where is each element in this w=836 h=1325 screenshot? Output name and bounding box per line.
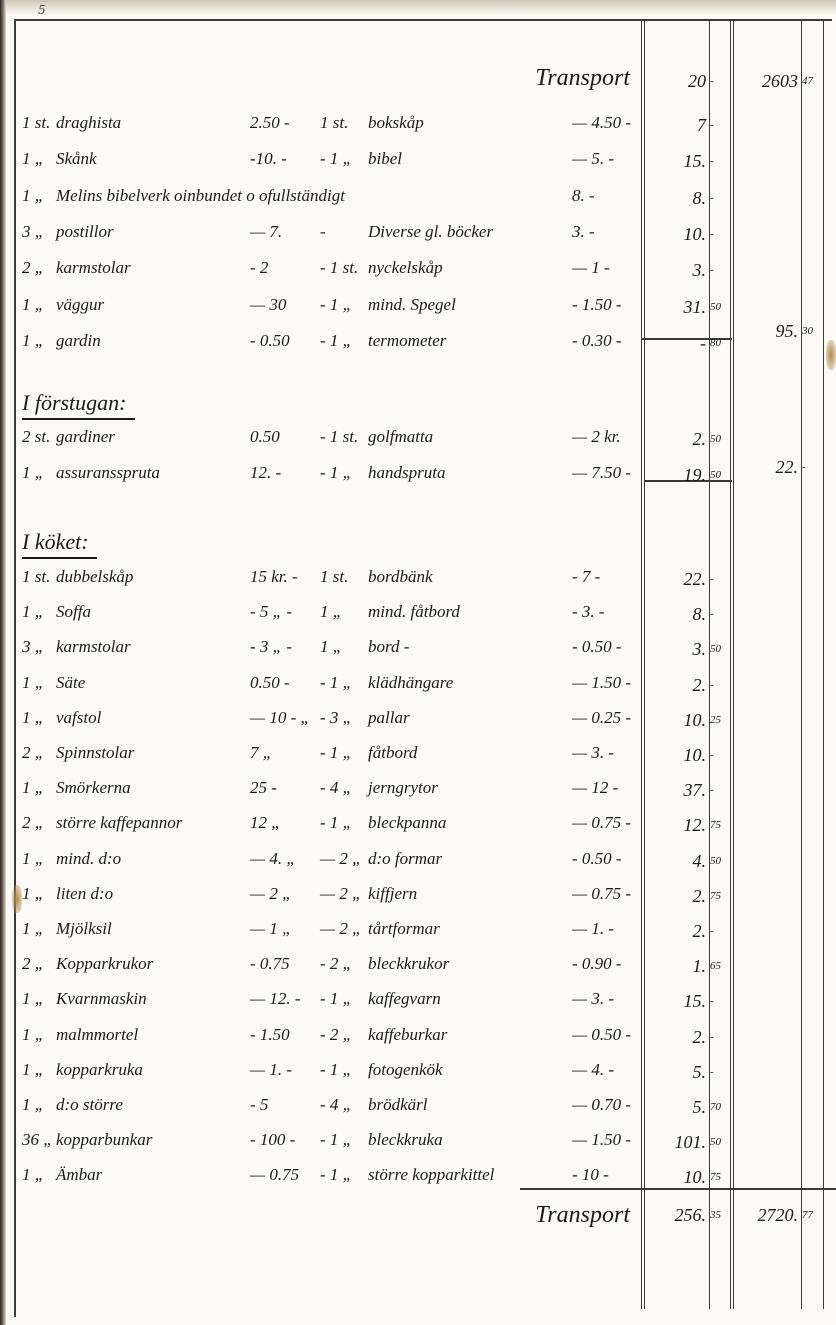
row-amount-ore: 50 bbox=[710, 292, 732, 322]
row-amount-kr: 12. bbox=[646, 810, 706, 840]
row-item-2: bokskåp bbox=[368, 108, 424, 138]
row-amount-kr: 7 bbox=[646, 110, 706, 140]
row-price: — 1. - bbox=[250, 1055, 292, 1085]
row-item: Spinnstolar bbox=[56, 738, 134, 768]
row-quantity: 2 „ bbox=[22, 738, 48, 768]
row-item: Soffa bbox=[56, 597, 91, 627]
row-amount-kr: 5. bbox=[646, 1057, 706, 1087]
row-price: - 3 „ - bbox=[250, 632, 292, 662]
row-amount-ore: 50 bbox=[710, 846, 732, 876]
section-heading-forstugan: I förstugan: bbox=[22, 388, 135, 420]
row-price-2: - 0.90 - bbox=[572, 949, 622, 979]
row-price: 15 kr. - bbox=[250, 562, 298, 592]
transport-in-label: Transport bbox=[470, 63, 630, 93]
row-quantity: 1 „ bbox=[22, 181, 48, 211]
row-quantity: 2 „ bbox=[22, 253, 48, 283]
row-item-2: fåtbord bbox=[368, 738, 417, 768]
row-price-2: — 0.25 - bbox=[572, 703, 631, 733]
row-price-2: — 12 - bbox=[572, 773, 618, 803]
row-price: 0.50 bbox=[250, 422, 280, 452]
row-item: dubbelskåp bbox=[56, 562, 133, 592]
row-quantity-2: - 2 „ bbox=[320, 1020, 352, 1050]
row-item: malmmortel bbox=[56, 1020, 138, 1050]
row-quantity: 3 „ bbox=[22, 632, 48, 662]
row-quantity: 1 „ bbox=[22, 668, 48, 698]
transport-in-col1-kr: 20 bbox=[646, 66, 706, 96]
transport-out-col1-kr: 256. bbox=[646, 1200, 706, 1230]
row-quantity: 1 „ bbox=[22, 984, 48, 1014]
row-price-2: — 0.75 - bbox=[572, 808, 631, 838]
row-quantity-2: - 1 st. bbox=[320, 253, 358, 283]
row-quantity-2: - 1 „ bbox=[320, 738, 352, 768]
row-amount-kr: 37. bbox=[646, 775, 706, 805]
row-price-2: — 7.50 - bbox=[572, 458, 631, 488]
row-amount-ore: 50 bbox=[710, 460, 732, 490]
row-price: - 5 bbox=[250, 1090, 268, 1120]
row-quantity: 1 „ bbox=[22, 914, 48, 944]
row-price-2: — 1 - bbox=[572, 253, 610, 283]
row-amount-ore: - bbox=[710, 775, 732, 805]
row-price: — 30 bbox=[250, 290, 286, 320]
left-margin-rule bbox=[14, 19, 16, 1317]
right-rule bbox=[823, 19, 824, 1309]
row-item-2: golfmatta bbox=[368, 422, 433, 452]
row-item: assuransspruta bbox=[56, 458, 160, 488]
row-price-2: - 1.50 - bbox=[572, 290, 622, 320]
row-quantity: 1 st. bbox=[22, 108, 48, 138]
row-item-2: kaffeburkar bbox=[368, 1020, 447, 1050]
row-price: - 0.50 bbox=[250, 326, 290, 356]
row-amount-kr: 10. bbox=[646, 740, 706, 770]
paper-stain bbox=[826, 340, 836, 370]
row-price-2: — 2 kr. bbox=[572, 422, 621, 452]
row-quantity-2: - 3 „ bbox=[320, 703, 352, 733]
row-amount-kr: 2. bbox=[646, 881, 706, 911]
block1-subtotal-kr: 95. bbox=[734, 316, 798, 346]
row-amount-kr: 8. bbox=[646, 599, 706, 629]
row-item-2: större kopparkittel bbox=[368, 1160, 494, 1190]
row-price-2: — 0.50 - bbox=[572, 1020, 631, 1050]
row-amount-kr: 15. bbox=[646, 146, 706, 176]
row-item: draghista bbox=[56, 108, 121, 138]
row-item-2: bleckkruka bbox=[368, 1125, 443, 1155]
row-amount-kr: 2. bbox=[646, 916, 706, 946]
row-item: Ämbar bbox=[56, 1160, 102, 1190]
row-quantity-2: 1 „ bbox=[320, 632, 342, 662]
row-amount-ore: 50 bbox=[710, 1127, 732, 1157]
row-quantity: 1 „ bbox=[22, 773, 48, 803]
page-top-edge bbox=[0, 0, 836, 14]
row-amount-ore: 80 bbox=[710, 328, 732, 358]
row-amount-kr: 10. bbox=[646, 705, 706, 735]
row-quantity: 1 „ bbox=[22, 290, 48, 320]
row-amount-kr: 8. bbox=[646, 183, 706, 213]
row-amount-ore: - bbox=[710, 986, 732, 1016]
row-quantity-2: - 1 „ bbox=[320, 458, 352, 488]
row-price: 2.50 - bbox=[250, 108, 290, 138]
row-amount-ore: 65 bbox=[710, 951, 732, 981]
row-price: 0.50 - bbox=[250, 668, 290, 698]
block2-subtotal-kr: 22. bbox=[734, 452, 798, 482]
col2-left-rule-b bbox=[733, 19, 734, 1309]
row-amount-ore: 75 bbox=[710, 810, 732, 840]
row-item-2: fotogenkök bbox=[368, 1055, 443, 1085]
row-amount-ore: 70 bbox=[710, 1092, 732, 1122]
paper-stain bbox=[12, 885, 22, 913]
row-item-2: bleckpanna bbox=[368, 808, 446, 838]
row-price-2: — 1. - bbox=[572, 914, 614, 944]
row-price-2: — 3. - bbox=[572, 984, 614, 1014]
transport-in-col2-ore: 47 bbox=[802, 66, 824, 96]
row-quantity-2: - 1 „ bbox=[320, 1055, 352, 1085]
row-quantity: 1 „ bbox=[22, 879, 48, 909]
transport-out-col2-ore: 77 bbox=[802, 1200, 824, 1230]
row-price-2: - 7 - bbox=[572, 562, 600, 592]
row-item: Skånk bbox=[56, 144, 97, 174]
row-amount-kr: 15. bbox=[646, 986, 706, 1016]
row-quantity: 1 „ bbox=[22, 458, 48, 488]
row-item-2: mind. fåtbord bbox=[368, 597, 460, 627]
row-amount-ore: 50 bbox=[710, 424, 732, 454]
row-price-2: - 3. - bbox=[572, 597, 605, 627]
row-price: -10. - bbox=[250, 144, 287, 174]
row-item: gardiner bbox=[56, 422, 115, 452]
row-item: Mjölksil bbox=[56, 914, 112, 944]
row-item-2: kiffjern bbox=[368, 879, 417, 909]
row-item-2: klädhängare bbox=[368, 668, 453, 698]
row-amount-kr: 3. bbox=[646, 634, 706, 664]
row-quantity-2: - bbox=[320, 217, 326, 247]
row-price-2: — 4. - bbox=[572, 1055, 614, 1085]
row-quantity-2: - 4 „ bbox=[320, 1090, 352, 1120]
row-price: — 1 „ bbox=[250, 914, 292, 944]
row-quantity-2: - 1 „ bbox=[320, 984, 352, 1014]
row-item: väggur bbox=[56, 290, 104, 320]
row-quantity: 1 st. bbox=[22, 562, 48, 592]
row-amount-ore: - bbox=[710, 916, 732, 946]
row-item: Smörkerna bbox=[56, 773, 131, 803]
row-quantity-2: — 2 „ bbox=[320, 879, 362, 909]
row-amount-ore: - bbox=[710, 219, 732, 249]
row-price: - 0.75 bbox=[250, 949, 290, 979]
row-price-2: — 5. - bbox=[572, 144, 614, 174]
row-amount-kr: 31. bbox=[646, 292, 706, 322]
row-amount-kr: 10. bbox=[646, 219, 706, 249]
row-item-2: bordbänk bbox=[368, 562, 433, 592]
row-quantity: 2 „ bbox=[22, 949, 48, 979]
row-item-2: termometer bbox=[368, 326, 446, 356]
transport-in-col2-kr: 2603 bbox=[734, 66, 798, 96]
row-amount-kr: 2. bbox=[646, 670, 706, 700]
row-item: Kopparkrukor bbox=[56, 949, 153, 979]
row-amount-kr: 19. bbox=[646, 460, 706, 490]
row-price-2: — 1.50 - bbox=[572, 1125, 631, 1155]
row-amount-kr: 2. bbox=[646, 1022, 706, 1052]
row-item: d:o större bbox=[56, 1090, 123, 1120]
row-price-2: 3. - bbox=[572, 217, 595, 247]
row-price-2: — 0.75 - bbox=[572, 879, 631, 909]
row-quantity: 1 „ bbox=[22, 597, 48, 627]
row-item-2: bord - bbox=[368, 632, 409, 662]
row-amount-kr: 2. bbox=[646, 424, 706, 454]
transport-out-label: Transport bbox=[470, 1200, 630, 1230]
row-amount-kr: 5. bbox=[646, 1092, 706, 1122]
row-amount-kr: 101. bbox=[646, 1127, 706, 1157]
row-item-2: pallar bbox=[368, 703, 410, 733]
row-quantity-2: - 4 „ bbox=[320, 773, 352, 803]
row-amount-ore: 75 bbox=[710, 1162, 732, 1192]
row-amount-ore: - bbox=[710, 740, 732, 770]
row-item-2: jerngrytor bbox=[368, 773, 438, 803]
row-item-2: brödkärl bbox=[368, 1090, 428, 1120]
col1-left-rule-b bbox=[644, 19, 645, 1309]
row-amount-ore: - bbox=[710, 1057, 732, 1087]
row-quantity-2: - 1 „ bbox=[320, 1125, 352, 1155]
row-amount-ore: - bbox=[710, 670, 732, 700]
row-item-2: mind. Spegel bbox=[368, 290, 456, 320]
row-quantity: 1 „ bbox=[22, 1090, 48, 1120]
row-amount-kr: 10. bbox=[646, 1162, 706, 1192]
row-price-2: - 0.50 - bbox=[572, 632, 622, 662]
row-item: kopparkruka bbox=[56, 1055, 143, 1085]
row-price-2: — 4.50 - bbox=[572, 108, 631, 138]
row-quantity: 2 st. bbox=[22, 422, 48, 452]
row-amount-ore: - bbox=[710, 255, 732, 285]
row-item-2: kaffegvarn bbox=[368, 984, 441, 1014]
col1-left-rule-a bbox=[641, 19, 642, 1309]
row-item: gardin bbox=[56, 326, 101, 356]
row-price: — 12. - bbox=[250, 984, 301, 1014]
row-item: mind. d:o bbox=[56, 844, 121, 874]
row-amount-kr: 22. bbox=[646, 564, 706, 594]
row-amount-kr: 4. bbox=[646, 846, 706, 876]
row-price: - 2 bbox=[250, 253, 268, 283]
row-price: 25 - bbox=[250, 773, 277, 803]
row-amount-ore: - bbox=[710, 599, 732, 629]
row-item: postillor bbox=[56, 217, 114, 247]
row-price-2: — 0.70 - bbox=[572, 1090, 631, 1120]
row-description: Melins bibelverk oinbundet o ofullständi… bbox=[56, 181, 345, 211]
row-item-2: tårtformar bbox=[368, 914, 440, 944]
row-price: — 2 „ bbox=[250, 879, 292, 909]
row-quantity: 36 „ bbox=[22, 1125, 48, 1155]
row-amount-ore: - bbox=[710, 564, 732, 594]
row-quantity-2: - 1 „ bbox=[320, 326, 352, 356]
row-quantity: 1 „ bbox=[22, 144, 48, 174]
row-quantity: 1 „ bbox=[22, 326, 48, 356]
block2-subtotal-ore: - bbox=[802, 452, 824, 482]
row-price: — 4. „ bbox=[250, 844, 296, 874]
row-price: — 0.75 bbox=[250, 1160, 299, 1190]
page-binding-edge bbox=[0, 0, 6, 1325]
row-item: karmstolar bbox=[56, 253, 131, 283]
row-quantity: 3 „ bbox=[22, 217, 48, 247]
row-price: 7 „ bbox=[250, 738, 272, 768]
block1-subtotal-ore: 30 bbox=[802, 316, 824, 346]
row-price: 12 „ bbox=[250, 808, 281, 838]
row-price-2: - 0.30 - bbox=[572, 326, 622, 356]
row-item: kopparbunkar bbox=[56, 1125, 152, 1155]
row-price-2: - 0.50 - bbox=[572, 844, 622, 874]
row-price-2: - 10 - bbox=[572, 1160, 609, 1190]
page-number: 5 bbox=[38, 3, 46, 17]
row-quantity-2: — 2 „ bbox=[320, 844, 362, 874]
col2-ore-rule bbox=[801, 19, 802, 1309]
row-quantity-2: 1 st. bbox=[320, 108, 348, 138]
row-item: karmstolar bbox=[56, 632, 131, 662]
row-quantity-2: - 1 „ bbox=[320, 290, 352, 320]
row-quantity-2: - 1 „ bbox=[320, 144, 352, 174]
section-heading-koket: I köket: bbox=[22, 527, 97, 559]
row-price-2: — 1.50 - bbox=[572, 668, 631, 698]
row-price-2: 8. - bbox=[572, 181, 595, 211]
row-amount-ore: 50 bbox=[710, 634, 732, 664]
row-amount-ore: - bbox=[710, 146, 732, 176]
row-amount-ore: - bbox=[710, 183, 732, 213]
row-quantity-2: - 1 „ bbox=[320, 1160, 352, 1190]
row-item-2: handspruta bbox=[368, 458, 445, 488]
row-price-2: — 3. - bbox=[572, 738, 614, 768]
row-amount-kr: 1. bbox=[646, 951, 706, 981]
row-price: - 5 „ - bbox=[250, 597, 292, 627]
row-price: — 10 - „ bbox=[250, 703, 310, 733]
row-quantity-2: - 1 „ bbox=[320, 668, 352, 698]
row-quantity: 1 „ bbox=[22, 703, 48, 733]
row-quantity-2: 1 „ bbox=[320, 597, 342, 627]
row-quantity: 2 „ bbox=[22, 808, 48, 838]
row-price: - 1.50 bbox=[250, 1020, 290, 1050]
row-amount-ore: 75 bbox=[710, 881, 732, 911]
row-quantity-2: - 1 „ bbox=[320, 808, 352, 838]
row-item: större kaffepannor bbox=[56, 808, 182, 838]
row-quantity: 1 „ bbox=[22, 1020, 48, 1050]
row-item-2: bibel bbox=[368, 144, 402, 174]
row-amount-ore: - bbox=[710, 1022, 732, 1052]
row-item: Säte bbox=[56, 668, 85, 698]
row-quantity-2: 1 st. bbox=[320, 562, 348, 592]
row-price: - 100 - bbox=[250, 1125, 295, 1155]
row-quantity-2: - 1 st. bbox=[320, 422, 358, 452]
row-item-2: d:o formar bbox=[368, 844, 442, 874]
row-amount-kr: 3. bbox=[646, 255, 706, 285]
row-item: vafstol bbox=[56, 703, 101, 733]
row-quantity-2: - 2 „ bbox=[320, 949, 352, 979]
transport-out-col2-kr: 2720. bbox=[734, 1200, 798, 1230]
row-amount-ore: 25 bbox=[710, 705, 732, 735]
row-quantity: 1 „ bbox=[22, 1160, 48, 1190]
row-price: 12. - bbox=[250, 458, 281, 488]
row-amount-kr: - bbox=[646, 328, 706, 358]
row-item-2: bleckkrukor bbox=[368, 949, 449, 979]
row-quantity: 1 „ bbox=[22, 1055, 48, 1085]
row-item-2: Diverse gl. böcker bbox=[368, 217, 493, 247]
row-price: — 7. bbox=[250, 217, 282, 247]
row-amount-ore: - bbox=[710, 110, 732, 140]
row-item: Kvarnmaskin bbox=[56, 984, 147, 1014]
row-quantity: 1 „ bbox=[22, 844, 48, 874]
transport-out-col1-ore: 35 bbox=[710, 1200, 732, 1230]
transport-in-col1-ore: - bbox=[710, 66, 732, 96]
row-item: liten d:o bbox=[56, 879, 113, 909]
row-item-2: nyckelskåp bbox=[368, 253, 443, 283]
row-quantity-2: — 2 „ bbox=[320, 914, 362, 944]
